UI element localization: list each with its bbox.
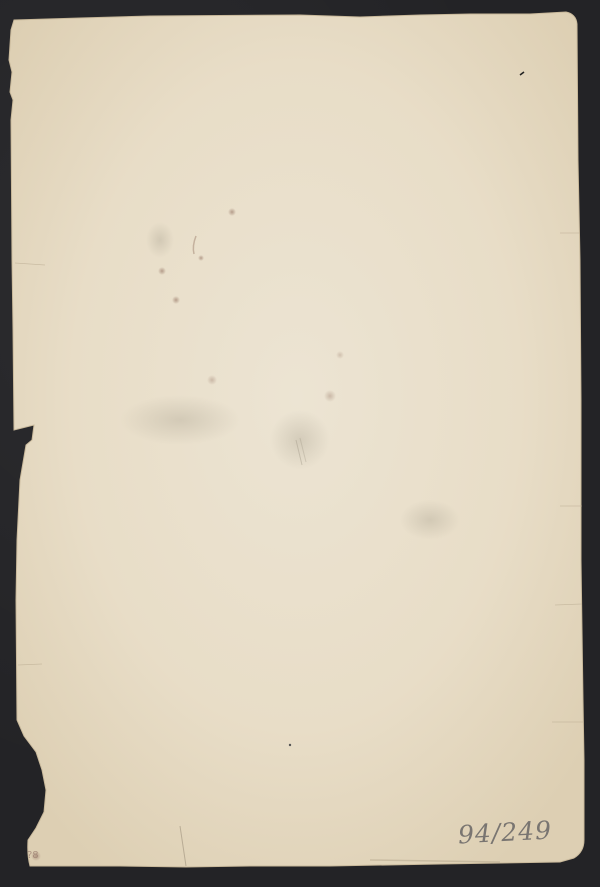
paper-sheet <box>0 0 600 887</box>
scan-background: 94/249 ?8 <box>0 0 600 887</box>
catalog-number: 94/249 <box>457 816 552 850</box>
corner-mark: ?8 <box>27 850 39 861</box>
